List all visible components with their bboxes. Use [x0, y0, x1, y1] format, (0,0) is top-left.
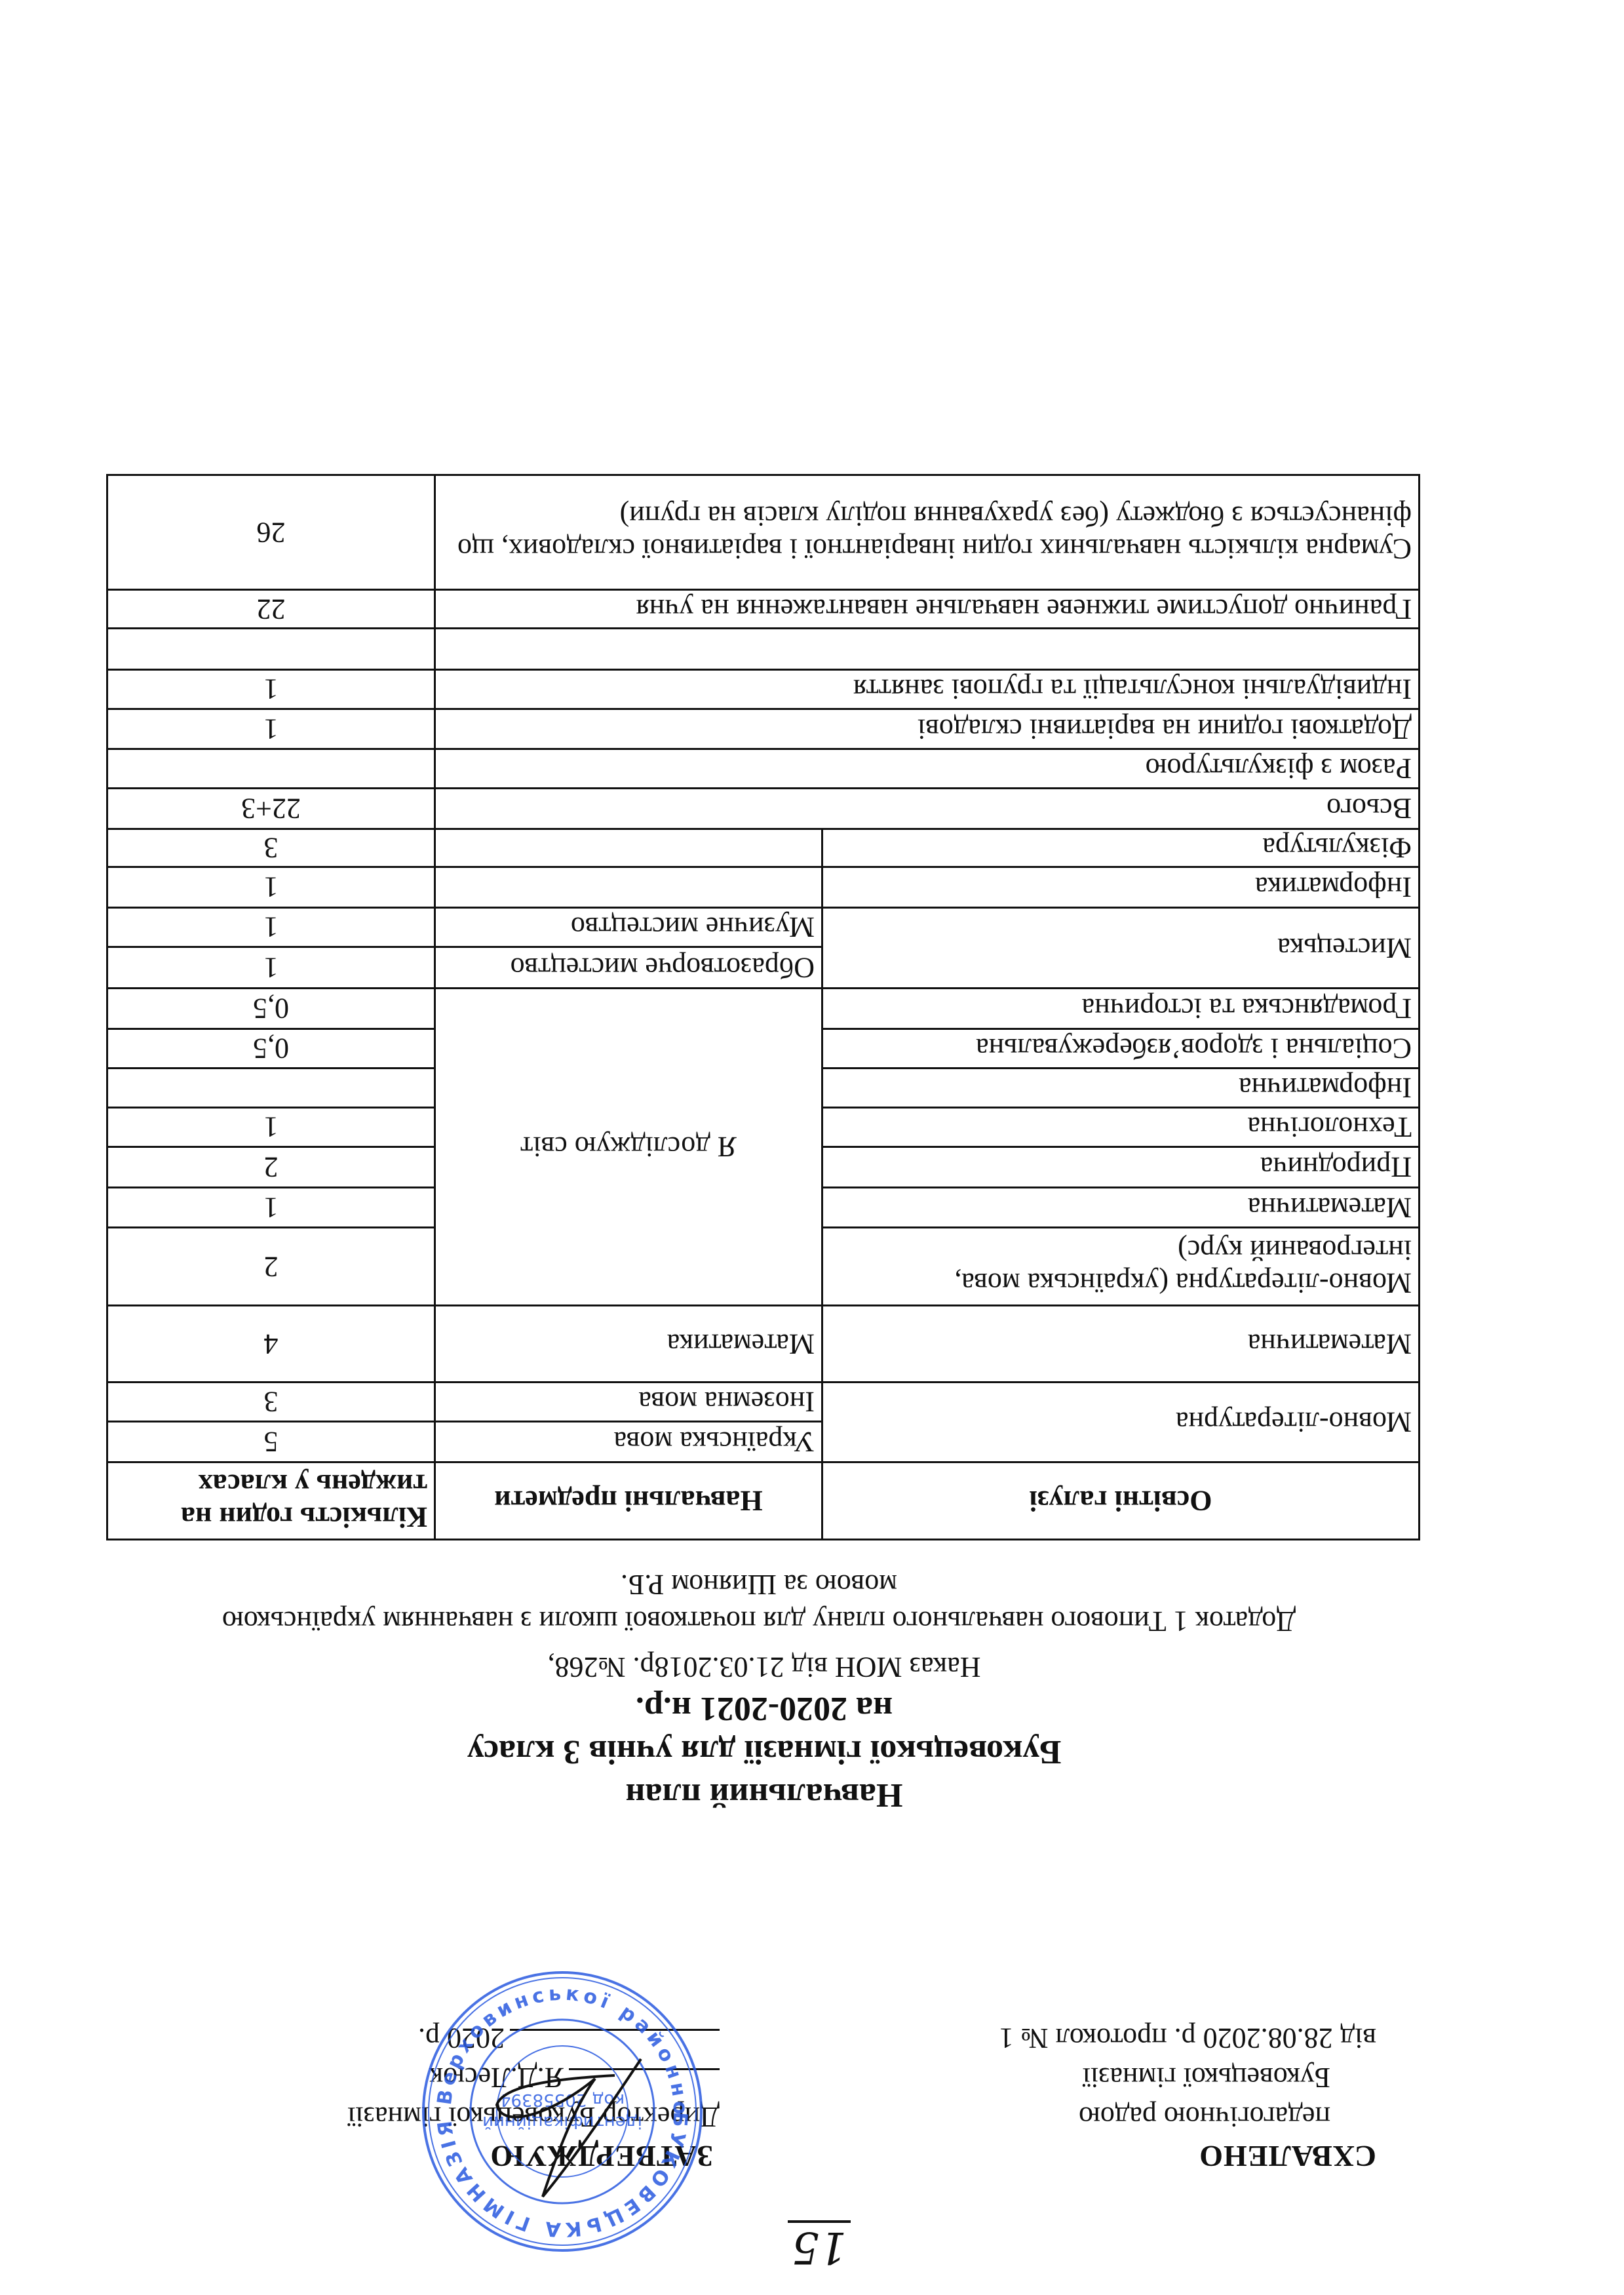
subject-cell: Українська мова [435, 1422, 822, 1462]
date-suffix: 2020 р. [418, 2022, 505, 2054]
annex-line: Додаток 1 Типового навчального плану для… [182, 1603, 1336, 1639]
subject-cell: Математика [435, 1306, 822, 1383]
total-label: Всього [435, 789, 1420, 829]
total-hours: 1 [107, 709, 435, 749]
hours-cell: 4 [107, 1306, 435, 1383]
confirmation-block: ЗАТВЕРДЖУЮ Директор Буковецької гімназії… [347, 2018, 720, 2176]
table-row: Мистецька Образотворче мистецтво 1 [107, 947, 1420, 989]
area-cell: Інформатична [822, 1069, 1420, 1108]
total-label: Додаткові години на варіативні складові [435, 709, 1420, 749]
hours-cell [107, 1069, 435, 1108]
document-page: 15 СХВАЛЕНО педагогічною радою Буковецьк… [0, 0, 1624, 2295]
total-label: Разом з фізкультурою [435, 749, 1420, 789]
table-row: Фізкультура 3 [107, 829, 1420, 867]
area-cell: Фізкультура [822, 829, 1420, 867]
hours-cell: 5 [107, 1422, 435, 1462]
title-line: Буковецької гімназії для учнів 3 класу [108, 1730, 1420, 1773]
subject-cell: Іноземна мова [435, 1383, 822, 1422]
order-reference: Наказ МОН від 21.03.2018р. №268, [108, 1647, 1420, 1687]
total-row [107, 629, 1420, 670]
hours-cell: 1 [107, 947, 435, 989]
hours-cell: 3 [107, 1383, 435, 1422]
subject-cell: Я досліджую світ [435, 989, 822, 1306]
total-label: Гранично допустиме тижневе навчальне нав… [435, 590, 1420, 629]
confirmation-heading: ЗАТВЕРДЖУЮ [347, 2136, 720, 2176]
total-row: Всього 22+3 [107, 789, 1420, 829]
subject-cell: Образотворче мистецтво [435, 947, 822, 989]
date-line: 2020 р. [347, 2018, 720, 2058]
total-label: Індивідуальні консультації та групові за… [435, 670, 1420, 709]
hours-cell: 2 [107, 1228, 435, 1306]
total-hours: 22 [107, 590, 435, 629]
area-cell: Математична [822, 1306, 1420, 1383]
area-cell: Мовно-літературна [822, 1383, 1420, 1462]
director-line: Директор Буковецької гімназії [347, 2097, 720, 2136]
table-header-row: Освітні галузі Навчальні предмети Кількі… [107, 1462, 1420, 1540]
hours-cell: 2 [107, 1147, 435, 1188]
area-cell: Мистецька [822, 908, 1420, 989]
approval-heading: СХВАЛЕНО [999, 2136, 1376, 2176]
header-subjects: Навчальні предмети [435, 1462, 822, 1540]
total-row: Сумарна кількість навчальних годин інвар… [107, 475, 1420, 590]
total-hours: 22+3 [107, 789, 435, 829]
table-row: Мовно-літературна Українська мова 5 [107, 1422, 1420, 1462]
area-cell: Математична [822, 1188, 1420, 1228]
signer-name: Я.Д.Лесюк [429, 2062, 564, 2094]
total-row: Індивідуальні консультації та групові за… [107, 670, 1420, 709]
approval-block: СХВАЛЕНО педагогічною радою Буковецької … [999, 2018, 1376, 2176]
approval-line: від 28.08.2020 р. протокол № 1 [999, 2018, 1376, 2058]
total-hours [107, 749, 435, 789]
subject-cell [435, 829, 822, 867]
page-number: 15 [788, 2220, 851, 2269]
hours-cell: 1 [107, 867, 435, 908]
hours-cell: 1 [107, 1188, 435, 1228]
subject-cell [435, 867, 822, 908]
subject-cell: Музичне мистецтво [435, 908, 822, 947]
total-row: Гранично допустиме тижневе навчальне нав… [107, 590, 1420, 629]
document-title: Навчальний план Буковецької гімназії для… [108, 1647, 1420, 1816]
hours-cell: 1 [107, 908, 435, 947]
hours-cell: 3 [107, 829, 435, 867]
table-row: Мовно-літературна (українська мова, інте… [107, 1228, 1420, 1306]
area-cell: Природнича [822, 1147, 1420, 1188]
area-cell: Громадянська та історична [822, 989, 1420, 1029]
annex-reference: Додаток 1 Типового навчального плану для… [182, 1566, 1336, 1639]
area-cell: Технологічна [822, 1108, 1420, 1147]
signature-line: Я.Д.Лесюк [347, 2058, 720, 2097]
hours-cell: 1 [107, 1108, 435, 1147]
title-line: на 2020-2021 н.р. [108, 1687, 1420, 1730]
table-row: Інформатика 1 [107, 867, 1420, 908]
annex-line: мовою за Шияном Р.Б. [182, 1566, 1336, 1603]
header-hours: Кількість годин на тиждень у класах [107, 1462, 435, 1540]
hours-cell: 0,5 [107, 1029, 435, 1069]
header-areas: Освітні галузі [822, 1462, 1420, 1540]
table-row: Математична Математика 4 [107, 1306, 1420, 1383]
curriculum-table: Освітні галузі Навчальні предмети Кількі… [106, 474, 1420, 1540]
total-label [435, 629, 1420, 670]
total-row: Додаткові години на варіативні складові … [107, 709, 1420, 749]
total-hours [107, 629, 435, 670]
area-cell: Мовно-літературна (українська мова, інте… [822, 1228, 1420, 1306]
approval-line: Буковецької гімназії [999, 2058, 1376, 2097]
area-cell: Інформатика [822, 867, 1420, 908]
approval-line: педагогічною радою [999, 2097, 1376, 2136]
total-label: Сумарна кількість навчальних годин інвар… [435, 475, 1420, 590]
hours-cell: 0,5 [107, 989, 435, 1029]
area-cell: Соціальна і здоров’язбережувальна [822, 1029, 1420, 1069]
title-line: Навчальний план [108, 1773, 1420, 1816]
total-row: Разом з фізкультурою [107, 749, 1420, 789]
total-hours: 1 [107, 670, 435, 709]
total-hours: 26 [107, 475, 435, 590]
